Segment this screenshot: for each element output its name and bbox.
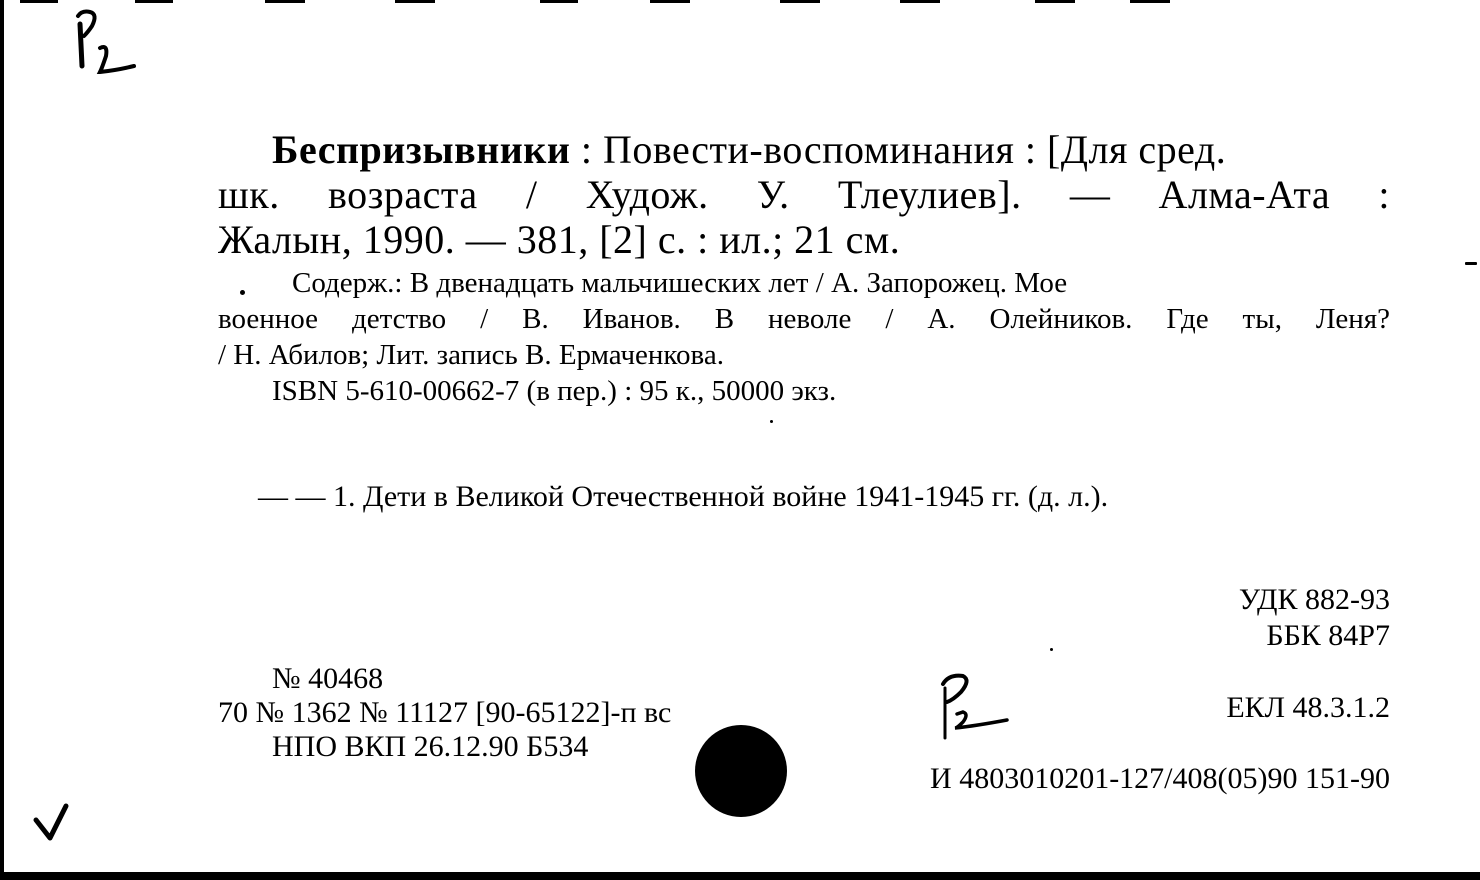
top-edge-mark [1130, 0, 1170, 3]
top-edge-mark [135, 0, 173, 3]
top-edge-mark [540, 0, 578, 3]
subject-heading: — — 1. Дети в Великой Отечественной войн… [258, 480, 1108, 514]
isbn-line: ISBN 5-610-00662-7 (в пер.) : 95 к., 500… [272, 374, 836, 408]
handwritten-initials-icon [68, 4, 148, 74]
top-edge-mark [1035, 0, 1075, 3]
top-edge-mark [20, 0, 58, 3]
print-order-line: 70 № 1362 № 11127 [90-65122]-п вс [218, 696, 671, 730]
card-left-border [0, 0, 4, 880]
top-edge-mark [650, 0, 690, 3]
book-title: Беспризывники [272, 127, 570, 172]
top-edge-mark [900, 0, 940, 3]
udk-code: УДК 882-93 [1239, 583, 1390, 617]
contents-line-3: / Н. Абилов; Лит. запись В. Ермаченкова. [218, 338, 724, 372]
handwritten-initials-icon [935, 670, 1015, 740]
contents-line-2: военное детство / В. Иванов. В неволе / … [218, 302, 1390, 336]
speck [770, 420, 773, 423]
top-edge-mark [780, 0, 820, 3]
description-line-3: Жалын, 1990. — 381, [2] с. : ил.; 21 см. [218, 216, 900, 264]
ink-blot [695, 725, 787, 817]
title-rest: : Повести-воспоминания : [Для сред. [570, 127, 1226, 172]
bottom-edge-mark [590, 874, 630, 878]
contents-line-1: Содерж.: В двенадцать мальчишеских лет /… [292, 266, 1067, 300]
speck [1050, 648, 1053, 651]
speck [1465, 262, 1477, 265]
publisher-index: И 4803010201-127/408(05)90 151-90 [930, 762, 1390, 796]
bbk-code: ББК 84Р7 [1266, 619, 1390, 653]
record-number: № 40468 [272, 662, 383, 696]
top-edge-mark [265, 0, 305, 3]
title-line: Беспризывники : Повести-воспоминания : [… [272, 126, 1226, 174]
top-edge-mark [395, 0, 435, 3]
card-bottom-border [0, 872, 1480, 880]
description-line-2: шк. возраста / Худож. У. Тлеулиев]. — Ал… [218, 171, 1390, 219]
speck [240, 290, 245, 295]
catalog-card: Беспризывники : Повести-воспоминания : [… [0, 0, 1480, 880]
checkmark-icon [30, 798, 80, 848]
ekl-code: ЕКЛ 48.3.1.2 [1226, 691, 1390, 725]
npo-line: НПО ВКП 26.12.90 Б534 [272, 730, 588, 764]
